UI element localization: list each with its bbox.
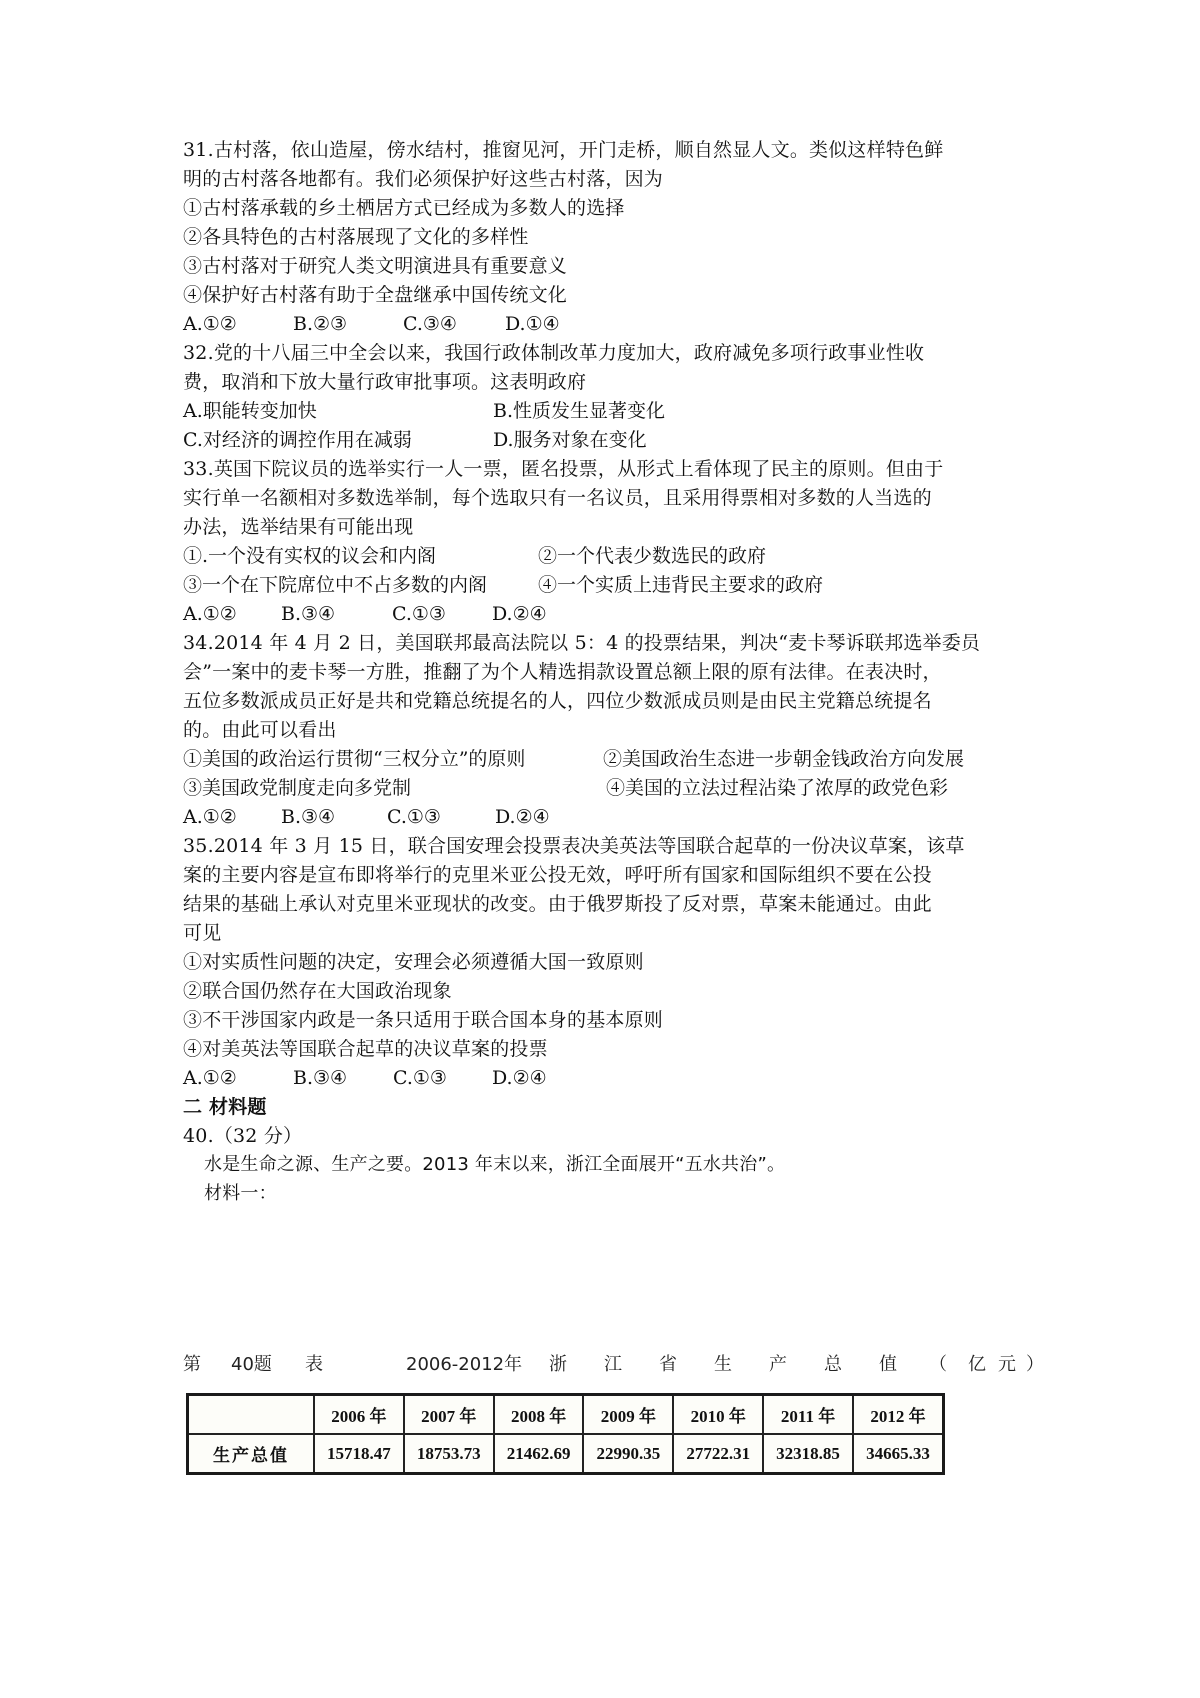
caption-title-char: 省	[659, 1350, 677, 1376]
table-cell: 22990.35	[583, 1434, 673, 1474]
q34-choice-d[interactable]: D.②④	[495, 805, 550, 829]
caption-label-3: 表	[305, 1350, 323, 1376]
exam-page: 31.古村落，依山造屋，傍水结村，推窗见河，开门走桥，顺自然显人文。类似这样特色…	[0, 0, 1200, 1698]
gdp-table: 2006 年 2007 年 2008 年 2009 年 2010 年 2011 …	[186, 1393, 945, 1475]
q32-stem-line-2: 费，取消和下放大量行政审批事项。这表明政府	[183, 370, 586, 394]
q35-stem-line-2: 案的主要内容是宣布即将举行的克里米亚公投无效，呼吁所有国家和国际组织不要在公投	[183, 863, 932, 887]
caption-label-2: 40题	[231, 1350, 272, 1376]
q34-choice-b[interactable]: B.③④	[281, 805, 335, 829]
q33-statement-1: ①.一个没有实权的议会和内阁	[183, 544, 436, 568]
q31-statement-4: ④保护好古村落有助于全盘继承中国传统文化	[183, 283, 567, 307]
q33-statement-3: ③一个在下院席位中不占多数的内阁	[183, 573, 487, 597]
q32-stem-line-1: 32.党的十八届三中全会以来，我国行政体制改革力度加大，政府减免多项行政事业性收	[183, 341, 924, 365]
table-header-cell: 2011 年	[763, 1395, 853, 1435]
q34-statement-4: ④美国的立法过程沾染了浓厚的政党色彩	[606, 776, 948, 800]
q35-stem-line-4: 可见	[183, 921, 221, 945]
q32-choice-a[interactable]: A.职能转变加快	[183, 399, 317, 423]
q40-intro: 水是生命之源、生产之要。2013 年末以来，浙江全面展开“五水共治”。	[204, 1153, 785, 1177]
caption-label-1: 第	[183, 1350, 201, 1376]
q33-statement-2: ②一个代表少数选民的政府	[538, 544, 766, 568]
q35-statement-4: ④对美英法等国联合起草的决议草案的投票	[183, 1037, 548, 1061]
q33-stem-line-2: 实行单一名额相对多数选举制，每个选取只有一名议员，且采用得票相对多数的人当选的	[183, 486, 932, 510]
q33-choice-d[interactable]: D.②④	[492, 602, 547, 626]
q31-stem-line-1: 31.古村落，依山造屋，傍水结村，推窗见河，开门走桥，顺自然显人文。类似这样特色…	[183, 138, 943, 162]
caption-title-char: （	[929, 1350, 947, 1376]
q34-stem-line-3: 五位多数派成员正好是共和党籍总统提名的人，四位少数派成员则是由民主党籍总统提名	[183, 689, 932, 713]
q34-statement-2: ②美国政治生态进一步朝金钱政治方向发展	[603, 747, 964, 771]
q31-choice-d[interactable]: D.①④	[505, 312, 560, 336]
q35-statement-1: ①对实质性问题的决定，安理会必须遵循大国一致原则	[183, 950, 644, 974]
q35-statement-2: ②联合国仍然存在大国政治现象	[183, 979, 452, 1003]
q35-stem-line-1: 35.2014 年 3 月 15 日，联合国安理会投票表决美英法等国联合起草的一…	[183, 834, 965, 858]
q35-choice-c[interactable]: C.①③	[393, 1066, 447, 1090]
q33-choice-b[interactable]: B.③④	[281, 602, 335, 626]
q34-choice-a[interactable]: A.①②	[183, 805, 237, 829]
table-cell: 34665.33	[853, 1434, 944, 1474]
caption-title-char: 产	[769, 1350, 787, 1376]
q34-stem-line-2: 会”一案中的麦卡琴一方胜，推翻了为个人精选捐款设置总额上限的原有法律。在表决时，	[183, 660, 942, 684]
q33-stem-line-1: 33.英国下院议员的选举实行一人一票，匿名投票，从形式上看体现了民主的原则。但由…	[183, 457, 943, 481]
q35-choice-a[interactable]: A.①②	[183, 1066, 237, 1090]
table-header-cell: 2010 年	[673, 1395, 763, 1435]
q31-stem-line-2: 明的古村落各地都有。我们必须保护好这些古村落，因为	[183, 167, 663, 191]
q32-choice-b[interactable]: B.性质发生显著变化	[493, 399, 665, 423]
caption-title-char: 值	[879, 1350, 897, 1376]
q34-choice-c[interactable]: C.①③	[387, 805, 441, 829]
q33-stem-line-3: 办法，选举结果有可能出现	[183, 515, 413, 539]
table-header-cell: 2008 年	[494, 1395, 584, 1435]
caption-title-char: 江	[604, 1350, 622, 1376]
q33-choice-a[interactable]: A.①②	[183, 602, 237, 626]
table-cell: 18753.73	[404, 1434, 494, 1474]
q34-statement-1: ①美国的政治运行贯彻“三权分立”的原则	[183, 747, 525, 771]
table-header-cell: 2007 年	[404, 1395, 494, 1435]
caption-title-char: 生	[714, 1350, 732, 1376]
q34-stem-line-1: 34.2014 年 4 月 2 日，美国联邦最高法院以 5：4 的投票结果，判决…	[183, 631, 980, 655]
q35-stem-line-3: 结果的基础上承认对克里米亚现状的改变。由于俄罗斯投了反对票，草案未能通过。由此	[183, 892, 932, 916]
q34-statement-3: ③美国政党制度走向多党制	[183, 776, 411, 800]
table-corner-cell	[188, 1395, 315, 1435]
caption-title-char: 总	[824, 1350, 842, 1376]
q35-choice-d[interactable]: D.②④	[492, 1066, 547, 1090]
table-cell: 21462.69	[494, 1434, 584, 1474]
table-header-cell: 2009 年	[583, 1395, 673, 1435]
q31-choice-b[interactable]: B.②③	[293, 312, 347, 336]
q31-statement-3: ③古村落对于研究人类文明演进具有重要意义	[183, 254, 567, 278]
q31-choice-a[interactable]: A.①②	[183, 312, 237, 336]
caption-title-char: 浙	[549, 1350, 567, 1376]
q40-label: 40.（32 分）	[183, 1124, 302, 1148]
table-cell: 27722.31	[673, 1434, 763, 1474]
q32-choice-c[interactable]: C.对经济的调控作用在减弱	[183, 428, 412, 452]
q35-statement-3: ③不干涉国家内政是一条只适用于联合国本身的基本原则	[183, 1008, 663, 1032]
q35-choice-b[interactable]: B.③④	[293, 1066, 347, 1090]
table-header-cell: 2006 年	[314, 1395, 404, 1435]
q32-choice-d[interactable]: D.服务对象在变化	[493, 428, 647, 452]
caption-title-char: ）	[1026, 1350, 1044, 1376]
caption-title-char: 元	[998, 1350, 1016, 1376]
table-row: 生产总值 15718.47 18753.73 21462.69 22990.35…	[188, 1434, 944, 1474]
table-cell: 15718.47	[314, 1434, 404, 1474]
caption-title-char: 亿	[968, 1350, 986, 1376]
table-row-header: 生产总值	[188, 1434, 315, 1474]
table-cell: 32318.85	[763, 1434, 853, 1474]
material-1-label: 材料一：	[204, 1182, 277, 1206]
q34-stem-line-4: 的。由此可以看出	[183, 718, 337, 742]
q31-statement-2: ②各具特色的古村落展现了文化的多样性	[183, 225, 529, 249]
caption-title-years: 2006-2012年	[406, 1350, 522, 1376]
q33-statement-4: ④一个实质上违背民主要求的政府	[538, 573, 823, 597]
q33-choice-c[interactable]: C.①③	[392, 602, 446, 626]
table-header-row: 2006 年 2007 年 2008 年 2009 年 2010 年 2011 …	[188, 1395, 944, 1435]
section-heading: 二 材料题	[183, 1095, 267, 1119]
table-caption: 第 40题 表 2006-2012年 浙 江 省 生 产 总 值 （ 亿 元 ）	[183, 1350, 1023, 1374]
table-header-cell: 2012 年	[853, 1395, 944, 1435]
q31-choice-c[interactable]: C.③④	[403, 312, 457, 336]
q31-statement-1: ①古村落承载的乡土栖居方式已经成为多数人的选择	[183, 196, 625, 220]
